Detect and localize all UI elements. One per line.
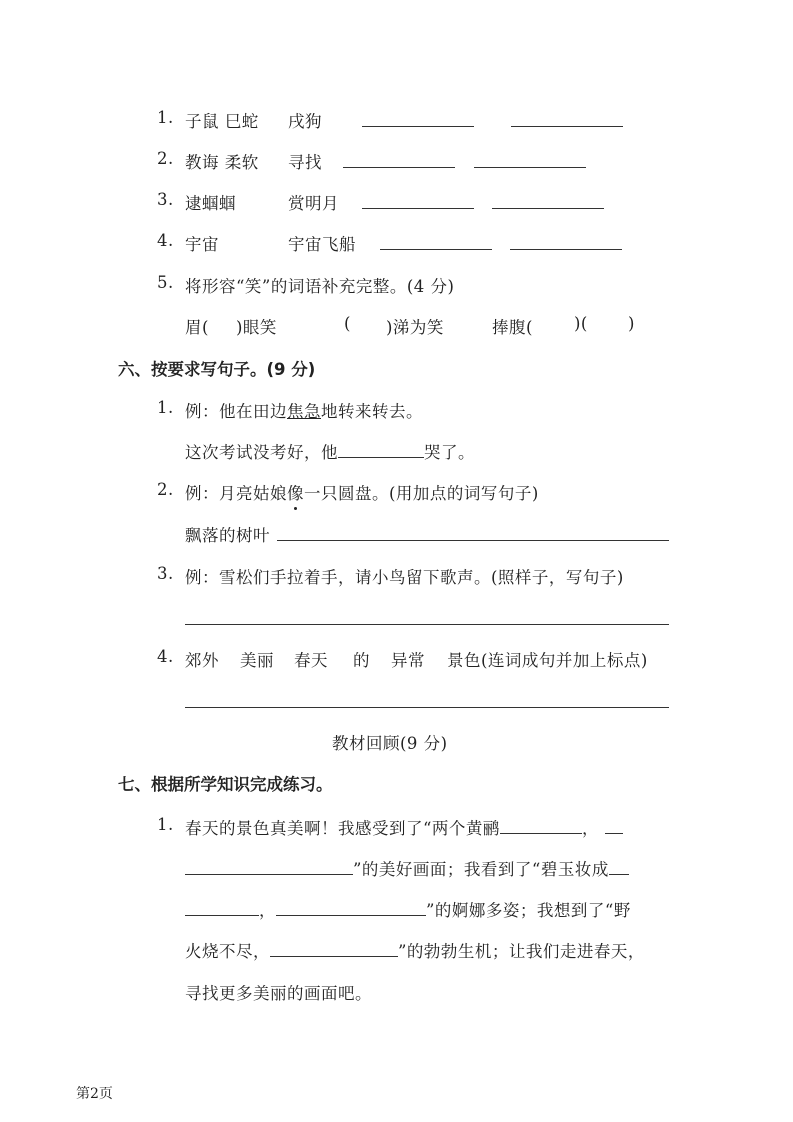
- example-sentence: 例：月亮姑娘像一只圆盘。(用加点的词写句子): [185, 480, 539, 504]
- passage-text: ”的婀娜多姿；我想到了“野: [426, 901, 631, 920]
- answer-blank[interactable]: [362, 194, 474, 209]
- fill-item: (: [344, 314, 351, 333]
- section-7-title: 七、根据所学知识完成练习。: [118, 771, 333, 795]
- fill-prefix: 这次考试没考好，他: [185, 443, 338, 462]
- answer-blank[interactable]: [492, 194, 604, 209]
- fill-suffix: 哭了。: [424, 443, 475, 462]
- word-b: 宇宙飞船: [288, 231, 356, 255]
- row-number: 5.: [157, 273, 174, 292]
- passage-text: 春天的景色真美啊！我感受到了“两个黄鹂: [185, 819, 500, 838]
- answer-blank[interactable]: [474, 153, 586, 168]
- word-item: 郊外: [185, 647, 219, 671]
- passage-text: 火烧不尽，: [185, 942, 270, 961]
- fill-item: )涕为笑: [386, 314, 444, 338]
- word-a: 教诲 柔软: [185, 149, 259, 173]
- fill-sentence: 这次考试没考好，他哭了。: [185, 439, 475, 463]
- comma: ，: [582, 819, 599, 838]
- row-number: 1.: [157, 398, 174, 417]
- word-item: 异常: [391, 647, 425, 671]
- example-suffix: 一只圆盘。(用加点的词写句子): [304, 484, 539, 503]
- answer-blank[interactable]: [343, 153, 455, 168]
- example-suffix: 地转来转去。: [321, 402, 423, 421]
- passage-line-1: 春天的景色真美啊！我感受到了“两个黄鹂，: [185, 815, 623, 839]
- word-item: 景色: [447, 647, 481, 671]
- answer-line[interactable]: [185, 610, 669, 625]
- question-prompt: 将形容“笑”的词语补充完整。(4 分): [185, 273, 455, 297]
- row-number: 3.: [157, 564, 174, 583]
- comma: ，: [259, 901, 276, 920]
- example-prefix: 例：月亮姑娘: [185, 484, 287, 503]
- example-sentence: 例：他在田边焦急地转来转去。: [185, 398, 423, 422]
- passage-text: ”的美好画面；我看到了“碧玉妆成: [353, 860, 609, 879]
- answer-blank[interactable]: [511, 112, 623, 127]
- page-number: 第2页: [76, 1083, 113, 1103]
- fill-item: ): [628, 314, 635, 333]
- answer-blank[interactable]: [609, 860, 629, 875]
- word-a: 子鼠 巳蛇: [185, 108, 259, 132]
- word-b: 戌狗: [288, 108, 322, 132]
- answer-blank[interactable]: [510, 235, 622, 250]
- row-number: 1.: [157, 815, 174, 834]
- answer-line[interactable]: [277, 526, 669, 541]
- answer-blank[interactable]: [380, 235, 492, 250]
- word-b: 寻找: [288, 149, 322, 173]
- word-item: 的: [353, 647, 370, 671]
- answer-blank[interactable]: [185, 901, 259, 916]
- word-a: 宇宙: [185, 231, 219, 255]
- word-item: 春天: [294, 647, 328, 671]
- section-6-title: 六、按要求写句子。(9 分): [118, 356, 315, 380]
- passage-line-4: 火烧不尽，”的勃勃生机；让我们走进春天，: [185, 938, 645, 962]
- fill-item: )(: [574, 314, 588, 333]
- word-item: 美丽: [240, 647, 274, 671]
- fill-item: 捧腹(: [492, 314, 533, 338]
- row-number: 4.: [157, 647, 174, 666]
- answer-blank[interactable]: [185, 860, 353, 875]
- answer-blank[interactable]: [605, 819, 623, 834]
- example-sentence: 例：雪松们手拉着手，请小鸟留下歌声。(照样子，写句子): [185, 564, 624, 588]
- passage-line-2: ”的美好画面；我看到了“碧玉妆成: [185, 856, 629, 880]
- row-number: 3.: [157, 190, 174, 209]
- passage-line-3: ，”的婀娜多姿；我想到了“野: [185, 897, 631, 921]
- row-number: 2.: [157, 149, 174, 168]
- fill-item: )眼笑: [236, 314, 277, 338]
- instruction: (连词成句并加上标点): [481, 647, 648, 671]
- row-number: 2.: [157, 480, 174, 499]
- answer-blank[interactable]: [270, 942, 398, 957]
- answer-line[interactable]: [185, 693, 669, 708]
- row-number: 1.: [157, 108, 174, 127]
- fill-item: 眉(: [185, 314, 209, 338]
- answer-blank[interactable]: [338, 443, 424, 458]
- word-b: 赏明月: [288, 190, 339, 214]
- word-a: 逮蝈蝈: [185, 190, 236, 214]
- passage-text: ”的勃勃生机；让我们走进春天，: [398, 942, 645, 961]
- passage-line-5: 寻找更多美丽的画面吧。: [185, 980, 372, 1004]
- review-title: 教材回顾(9 分): [332, 730, 448, 754]
- dotted-word: 像: [287, 484, 304, 503]
- answer-blank[interactable]: [500, 819, 582, 834]
- example-prefix: 例：他在田边: [185, 402, 287, 421]
- row-number: 4.: [157, 231, 174, 250]
- fill-prefix: 飘落的树叶: [185, 522, 270, 546]
- answer-blank[interactable]: [362, 112, 474, 127]
- answer-blank[interactable]: [276, 901, 426, 916]
- underlined-word: 焦急: [287, 402, 321, 421]
